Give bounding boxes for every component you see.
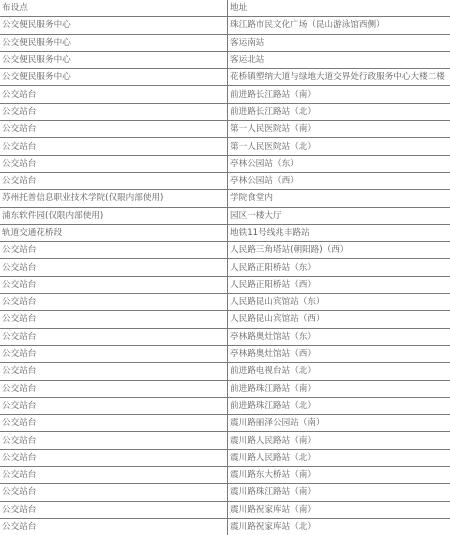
location-cell: 公交站台 — [0, 432, 228, 449]
address-cell: 震川路丽泽公园站（南） — [228, 415, 450, 432]
table-row: 公交便民服务中心客运北站 — [0, 51, 450, 68]
table-row: 公交站台前进路珠江路站（北） — [0, 397, 450, 414]
address-cell: 亭林公园站（东） — [228, 155, 450, 172]
location-cell: 公交站台 — [0, 311, 228, 328]
address-cell: 客运南站 — [228, 34, 450, 51]
table-row: 公交站台震川路人民路站（北） — [0, 449, 450, 466]
location-cell: 轨道交通花桥段 — [0, 224, 228, 241]
location-cell: 公交站台 — [0, 259, 228, 276]
table-row: 公交便民服务中心花桥镇塑纳大道与绿地大道交界处行政服务中心大楼二楼 — [0, 69, 450, 86]
table-row: 公交站台人民路三角塔站(朝阳路)（西） — [0, 242, 450, 259]
table-row: 公交站台第一人民医院站（北） — [0, 138, 450, 155]
table-row: 公交站台前进路珠江路站（南） — [0, 380, 450, 397]
table-row: 公交站台亭林路奥灶馆站（西） — [0, 345, 450, 362]
address-cell: 人民路正阳桥站（东） — [228, 259, 450, 276]
table-row: 公交站台震川路东大桥站（南） — [0, 467, 450, 484]
address-cell: 震川路祝家库站（南） — [228, 501, 450, 518]
location-cell: 公交站台 — [0, 294, 228, 311]
table-header-row: 布设点 地址 — [0, 0, 450, 17]
address-cell: 亭林公园站（西） — [228, 172, 450, 189]
table-row: 公交站台亭林公园站（西） — [0, 172, 450, 189]
location-cell: 公交站台 — [0, 501, 228, 518]
table-row: 公交站台震川路祝家库站（北） — [0, 518, 450, 535]
table-row: 公交站台前进路电视台站（北） — [0, 363, 450, 380]
location-cell: 公交站台 — [0, 397, 228, 414]
address-cell: 花桥镇塑纳大道与绿地大道交界处行政服务中心大楼二楼 — [228, 69, 450, 86]
address-cell: 前进路珠江路站（南） — [228, 380, 450, 397]
table-row: 公交站台震川路祝家库站（南） — [0, 501, 450, 518]
address-cell: 震川路人民路站（北） — [228, 449, 450, 466]
address-cell: 前进路珠江路站（北） — [228, 397, 450, 414]
location-cell: 公交站台 — [0, 328, 228, 345]
table-row: 公交站台亭林公园站（东） — [0, 155, 450, 172]
address-cell: 客运北站 — [228, 51, 450, 68]
address-cell: 学院食堂内 — [228, 190, 450, 207]
location-cell: 浦东软件园(仅限内部使用) — [0, 207, 228, 224]
table-row: 公交站台人民路昆山宾馆站（西） — [0, 311, 450, 328]
location-cell: 公交站台 — [0, 276, 228, 293]
location-cell: 公交站台 — [0, 103, 228, 120]
location-cell: 公交便民服务中心 — [0, 69, 228, 86]
location-cell: 公交站台 — [0, 242, 228, 259]
location-cell: 苏州托普信息职业技术学院(仅限内部使用) — [0, 190, 228, 207]
location-cell: 公交站台 — [0, 415, 228, 432]
table-row: 公交站台震川路人民路站（南） — [0, 432, 450, 449]
table-row: 苏州托普信息职业技术学院(仅限内部使用)学院食堂内 — [0, 190, 450, 207]
address-cell: 震川路人民路站（南） — [228, 432, 450, 449]
address-cell: 第一人民医院站（南） — [228, 121, 450, 138]
address-cell: 园区一楼大厅 — [228, 207, 450, 224]
location-cell: 公交站台 — [0, 86, 228, 103]
location-cell: 公交站台 — [0, 121, 228, 138]
location-cell: 公交便民服务中心 — [0, 51, 228, 68]
location-cell: 公交站台 — [0, 449, 228, 466]
location-cell: 公交便民服务中心 — [0, 34, 228, 51]
location-cell: 公交站台 — [0, 345, 228, 362]
address-cell: 第一人民医院站（北） — [228, 138, 450, 155]
table-row: 公交站台人民路昆山宾馆站（东） — [0, 294, 450, 311]
table-row: 公交站台前进路长江路站（南） — [0, 86, 450, 103]
table-row: 公交站台人民路正阳桥站（东） — [0, 259, 450, 276]
table-row: 公交站台第一人民医院站（南） — [0, 121, 450, 138]
location-cell: 公交站台 — [0, 380, 228, 397]
table-row: 公交便民服务中心珠江路市民文化广场（昆山游泳馆西侧） — [0, 17, 450, 34]
table-row: 公交站台前进路长江路站（北） — [0, 103, 450, 120]
address-cell: 前进路电视台站（北） — [228, 363, 450, 380]
location-cell: 公交站台 — [0, 138, 228, 155]
header-location: 布设点 — [0, 0, 228, 17]
table-row: 公交站台震川路珠江路站（南） — [0, 484, 450, 501]
table-row: 公交站台人民路正阳桥站（西） — [0, 276, 450, 293]
table-row: 轨道交通花桥段地铁11号线兆丰路站 — [0, 224, 450, 241]
location-cell: 公交便民服务中心 — [0, 17, 228, 34]
location-cell: 公交站台 — [0, 484, 228, 501]
header-address: 地址 — [228, 0, 450, 17]
address-cell: 人民路三角塔站(朝阳路)（西） — [228, 242, 450, 259]
address-cell: 人民路正阳桥站（西） — [228, 276, 450, 293]
address-cell: 珠江路市民文化广场（昆山游泳馆西侧） — [228, 17, 450, 34]
address-cell: 人民路昆山宾馆站（东） — [228, 294, 450, 311]
table-row: 公交便民服务中心客运南站 — [0, 34, 450, 51]
location-cell: 公交站台 — [0, 155, 228, 172]
location-cell: 公交站台 — [0, 172, 228, 189]
address-cell: 前进路长江路站（北） — [228, 103, 450, 120]
location-cell: 公交站台 — [0, 467, 228, 484]
address-cell: 前进路长江路站（南） — [228, 86, 450, 103]
address-cell: 亭林路奥灶馆站（西） — [228, 345, 450, 362]
address-cell: 人民路昆山宾馆站（西） — [228, 311, 450, 328]
service-points-table: 布设点 地址 公交便民服务中心珠江路市民文化广场（昆山游泳馆西侧）公交便民服务中… — [0, 0, 450, 535]
address-cell: 震川路珠江路站（南） — [228, 484, 450, 501]
location-cell: 公交站台 — [0, 518, 228, 535]
address-cell: 亭林路奥灶馆站（东） — [228, 328, 450, 345]
address-cell: 震川路祝家库站（北） — [228, 518, 450, 535]
table-row: 公交站台震川路丽泽公园站（南） — [0, 415, 450, 432]
table-row: 公交站台亭林路奥灶馆站（东） — [0, 328, 450, 345]
address-cell: 地铁11号线兆丰路站 — [228, 224, 450, 241]
address-cell: 震川路东大桥站（南） — [228, 467, 450, 484]
table-row: 浦东软件园(仅限内部使用)园区一楼大厅 — [0, 207, 450, 224]
location-cell: 公交站台 — [0, 363, 228, 380]
